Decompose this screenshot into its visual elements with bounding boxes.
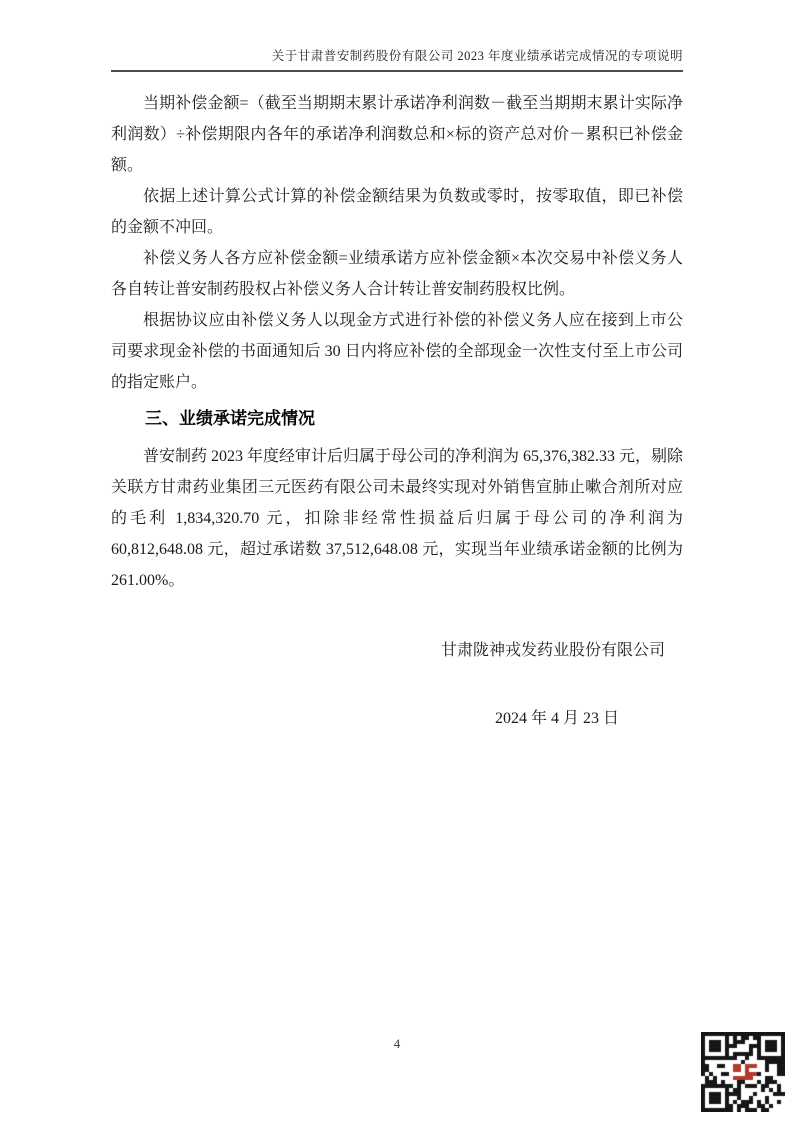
signature-date: 2024 年 4 月 23 日 bbox=[111, 706, 683, 732]
document-page: { "doc": { "header": { "title": "关于甘肃普安制… bbox=[0, 0, 794, 1122]
paragraph-compensation-formula: 当期补偿金额=（截至当期期末累计承诺净利润数－截至当期期末累计实际净利润数）÷补… bbox=[111, 88, 683, 181]
paragraph-cash-payment-terms: 根据协议应由补偿义务人以现金方式进行补偿的补偿义务人应在接到上市公司要求现金补偿… bbox=[111, 305, 683, 398]
page: 关于甘肃普安制药股份有限公司 2023 年度业绩承诺完成情况的专项说明 当期补偿… bbox=[0, 0, 794, 1122]
header-title: 关于甘肃普安制药股份有限公司 2023 年度业绩承诺完成情况的专项说明 bbox=[111, 46, 683, 72]
paragraph-performance-result: 普安制药 2023 年度经审计后归属于母公司的净利润为 65,376,382.3… bbox=[111, 441, 683, 596]
paragraph-obligor-share-formula: 补偿义务人各方应补偿金额=业绩承诺方应补偿金额×本次交易中补偿义务人各自转让普安… bbox=[111, 243, 683, 305]
page-number: 4 bbox=[0, 1036, 794, 1052]
paragraph-zero-value-rule: 依据上述计算公式计算的补偿金额结果为负数或零时，按零取值，即已补偿的金额不冲回。 bbox=[111, 181, 683, 243]
qr-code-icon bbox=[701, 1032, 785, 1112]
section-heading-performance-commitment: 三、业绩承诺完成情况 bbox=[111, 406, 683, 432]
signature-company-name: 甘肃陇神戎发药业股份有限公司 bbox=[111, 638, 683, 664]
document-body: 当期补偿金额=（截至当期期末累计承诺净利润数－截至当期期末累计实际净利润数）÷补… bbox=[111, 88, 683, 732]
